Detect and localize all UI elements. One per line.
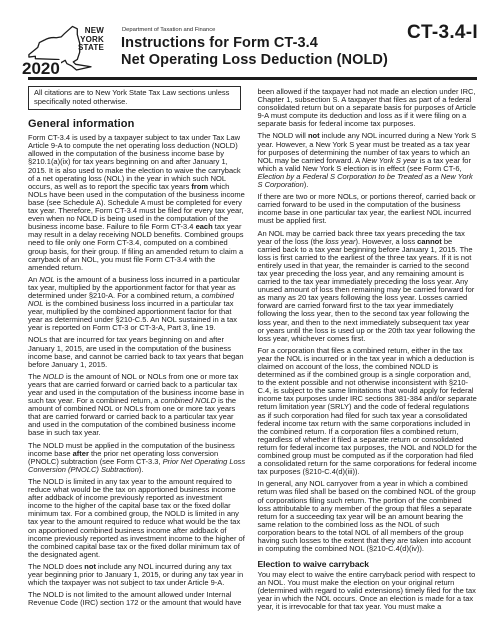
paragraph: The NOLD is the amount of NOL or NOLs fr…: [28, 373, 248, 438]
paragraph: The NOLD is not limited to the amount al…: [28, 591, 248, 607]
paragraph: been allowed if the taxpayer had not mad…: [258, 88, 478, 128]
logo-year: 2020: [21, 60, 61, 77]
form-title-line1: Instructions for Form CT-3.4: [121, 35, 318, 51]
paragraph: The NOLD must be applied in the computat…: [28, 442, 248, 474]
form-title-line2: Net Operating Loss Deduction (NOLD): [121, 52, 388, 68]
paragraph: For a corporation that files a combined …: [258, 347, 478, 477]
paragraph: The NOLD is limited in any tax year to t…: [28, 478, 248, 559]
paragraph: The NOLD will not include any NOL incurr…: [258, 132, 478, 189]
general-information-heading: General information: [28, 118, 248, 130]
paragraph: An NOL may be carried back three tax yea…: [258, 230, 478, 343]
page-body: All citations are to New York State Tax …: [28, 86, 477, 615]
paragraph: You may elect to waive the entire carryb…: [258, 571, 478, 611]
form-code: CT-3.4-I: [407, 22, 478, 44]
left-column: All citations are to New York State Tax …: [28, 86, 248, 611]
paragraph: An NOL is the amount of a business loss …: [28, 276, 248, 333]
election-to-waive-carryback-heading: Election to waive carryback: [258, 559, 478, 569]
logo-state-name-line: STATE: [78, 44, 104, 53]
paragraph: The NOLD does not include any NOL incurr…: [28, 563, 248, 587]
nys-logo: NEW YORK STATE 2020: [22, 24, 110, 74]
right-column: been allowed if the taxpayer had not mad…: [258, 86, 478, 615]
paragraph: If there are two or more NOLs, or portio…: [258, 193, 478, 225]
citations-notice-box: All citations are to New York State Tax …: [28, 86, 241, 110]
document-page: NEW YORK STATE 2020 Department of Taxati…: [0, 0, 494, 640]
paragraph: NOLs that are incurred for tax years beg…: [28, 336, 248, 368]
header-rule: [28, 77, 477, 80]
logo-state-name: NEW YORK STATE: [78, 27, 104, 53]
paragraph: Form CT-3.4 is used by a taxpayer subjec…: [28, 134, 248, 272]
agency-name: Department of Taxation and Finance: [122, 27, 215, 33]
paragraph: In general, any NOL carryover from a yea…: [258, 480, 478, 553]
